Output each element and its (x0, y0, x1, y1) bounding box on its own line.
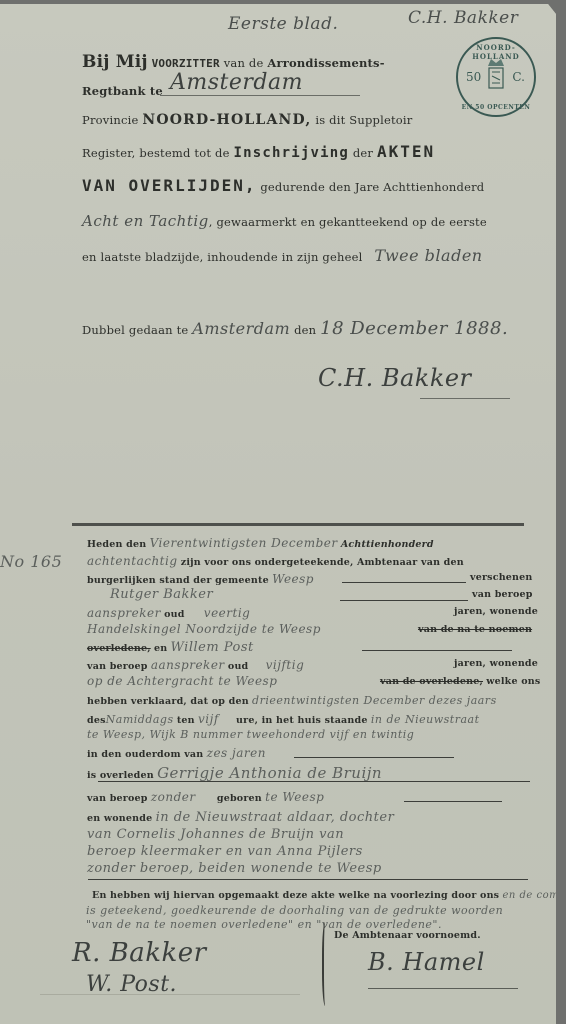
death-hour: vijf (198, 712, 219, 726)
margin-signature-top: C.H. Bakker (408, 8, 518, 28)
van-de: van de (224, 56, 264, 70)
tax-stamp: NOORD-HOLLAND 50 C. EN 50 OPCENTEN (456, 37, 536, 117)
page-count-written: Twee bladen (374, 246, 482, 265)
province-name: NOORD-HOLLAND, (142, 112, 311, 128)
register-text: Register, bestemd tot de (82, 146, 230, 160)
dubbel-line: Dubbel gedaan te Amsterdam den 18 Decemb… (82, 318, 508, 339)
declarant-1-address: Handelskingel Noordzijde te Weesp (87, 622, 321, 636)
header-line-5: VAN OVERLIJDEN, gedurende den Jare Achtt… (82, 176, 484, 195)
closing-text: En hebben wij hiervan opgemaakt deze akt… (92, 890, 499, 901)
geboren: geboren (217, 793, 262, 804)
ouderdom-label: in den ouderdom van (87, 749, 203, 760)
verschenen: verschenen (470, 572, 533, 583)
death-reg-day: Vierentwintigsten December (150, 536, 338, 550)
year-written: Acht en Tachtig (82, 212, 209, 230)
act-line-5: aanspreker oud veertig (87, 606, 250, 620)
act-line-10: hebben verklaard, dat op den drieentwint… (87, 694, 497, 707)
act-line-13: in den ouderdom van zes jaren (87, 746, 266, 760)
document-page: Eerste blad. C.H. Bakker NOORD-HOLLAND 5… (0, 4, 556, 1024)
death-reg-year: achtentachtig (87, 554, 178, 568)
verklaard-text: hebben verklaard, dat op den (87, 696, 249, 707)
closing-hand-2: is geteekend, goedkeurende de doorhaling… (86, 904, 503, 917)
regtbank-place: Amsterdam (170, 70, 303, 95)
declarant-1-name: Rutger Bakker (110, 587, 213, 602)
header-line-6: Acht en Tachtig, gewaarmerkt en gekantte… (82, 212, 487, 230)
struck-van-de-na-te-noemen: van de na te noemen (418, 624, 532, 635)
signature-brace (322, 922, 330, 1006)
struck-van-de-overledene: van de overledene, (380, 676, 483, 687)
en: en (154, 643, 167, 654)
suppletoir: is dit Suppletoir (315, 113, 412, 127)
act-bottom-rule (88, 879, 528, 880)
dubbel-signature: C.H. Bakker (318, 364, 472, 392)
gedurende-text: gedurende den Jare Achttienhonderd (260, 180, 484, 194)
en-wonende: en wonende (87, 813, 152, 824)
gewaarmerkt-text: , gewaarmerkt en gekantteekend op de eer… (209, 215, 487, 229)
section-divider (72, 523, 524, 526)
deceased-residence: in de Nieuwstraat aldaar, dochter (156, 810, 395, 825)
act-line-14: is overleden Gerrigje Anthonia de Bruijn (87, 764, 382, 782)
laatste-bladzijde-text: en laatste bladzijde, inhoudende in zijn… (82, 250, 363, 264)
is-overleden: is overleden (87, 770, 154, 781)
bij-mij: Bij Mij (82, 52, 148, 72)
struck-overledene: overledene, (87, 643, 151, 654)
act-line-15: van beroep zonder geboren te Weesp (87, 790, 324, 804)
header-line-1: Bij Mij VOORZITTER van de Arrondissement… (82, 52, 385, 72)
ten: ten (177, 715, 195, 726)
header-line-4: Register, bestemd tot de Inschrijving de… (82, 142, 435, 161)
mother-line: beroep kleermaker en van Anna Pijlers (87, 844, 363, 859)
closing-line-1: En hebben wij hiervan opgemaakt deze akt… (92, 890, 566, 901)
huis-staande-text: ure, in het huis staande (236, 715, 368, 726)
deceased-occupation: zonder (151, 790, 196, 804)
gemeente-text: burgerlijken stand der gemeente (87, 575, 269, 586)
des: des (87, 715, 106, 726)
declarant-2-address: op de Achtergracht te Weesp (87, 674, 277, 688)
dubbel-place: Amsterdam (192, 319, 290, 338)
declarant-2-age: vijftig (266, 658, 305, 672)
dubbel-label: Dubbel gedaan te (82, 323, 188, 337)
stamp-bottom-text: EN 50 OPCENTEN (458, 104, 534, 111)
achttienhonderd: Achttienhonderd (341, 539, 434, 550)
van-beroep-1: van beroep (472, 589, 533, 600)
act-line-3: burgerlijken stand der gemeente Weesp (87, 572, 314, 586)
death-address-detail: te Weesp, Wijk B nummer tweehonderd vijf… (87, 728, 414, 741)
der: der (353, 146, 373, 160)
act-line-8: van beroep aanspreker oud vijftig (87, 658, 304, 672)
van-beroep-2: van beroep (87, 661, 148, 672)
stamp-value: 50 (466, 70, 481, 84)
municipality: Weesp (272, 572, 314, 586)
death-date: drieentwintigsten December dezes jaars (252, 694, 497, 707)
van-overlijden: VAN OVERLIJDEN, (82, 176, 257, 195)
act-line-9-end: van de overledene, welke ons (380, 676, 540, 687)
closing-hand-1: en de comparanten (502, 890, 566, 901)
act-line-7: overledene, en Willem Post (87, 640, 254, 655)
arrondissements: Arrondissements- (267, 56, 384, 70)
header-line-7: en laatste bladzijde, inhoudende in zijn… (82, 246, 483, 265)
declarant-1-occupation: aanspreker (87, 606, 161, 620)
den-label: den (294, 323, 316, 337)
voorzitter: VOORZITTER (152, 57, 220, 70)
act-line-1: Heden den Vierentwintigsten December Ach… (87, 536, 434, 550)
ambtenaar-text: zijn voor ons ondergeteekende, Ambtenaar… (181, 557, 464, 568)
jaren-wonende-1: jaren, wonende (454, 606, 538, 617)
signature-left-1: R. Bakker (72, 938, 207, 968)
declarant-1-age: veertig (204, 606, 251, 620)
provincie-label: Provincie (82, 113, 138, 127)
ambtenaar-voornoemd: De Ambtenaar voornoemd. (334, 930, 481, 941)
crown-crest-icon (485, 56, 507, 96)
deceased-name: Gerrigje Anthonia de Bruijn (157, 764, 382, 782)
father-line: van Cornelis Johannes de Bruijn van (87, 827, 344, 842)
birthplace: te Weesp (265, 790, 324, 804)
regtbank-label: Regtbank te (82, 84, 163, 98)
welke-ons: welke ons (486, 676, 540, 687)
akten: AKTEN (377, 142, 435, 161)
signature-official: B. Hamel (368, 948, 485, 976)
time-of-day: Namiddags (106, 713, 174, 726)
oud-1: oud (164, 609, 185, 620)
declarant-2-occupation: aanspreker (151, 658, 225, 672)
van-beroep-3: van beroep (87, 793, 148, 804)
heden-den: Heden den (87, 539, 146, 550)
act-line-2: achtentachtig zijn voor ons ondergeteeke… (87, 554, 464, 568)
act-line-16: en wonende in de Nieuwstraat aldaar, doc… (87, 810, 394, 825)
header-line-3: Provincie NOORD-HOLLAND, is dit Suppleto… (82, 112, 412, 128)
deceased-age: zes jaren (207, 746, 266, 760)
act-number: No 165 (0, 552, 62, 571)
jaren-wonende-2: jaren, wonende (454, 658, 538, 669)
margin-note-first-sheet: Eerste blad. (228, 14, 338, 34)
death-street: in de Nieuwstraat (371, 713, 480, 726)
declarant-2-name: Willem Post (171, 640, 254, 655)
dubbel-date: 18 December 1888. (320, 318, 508, 339)
inschrijving: Inschrijving (233, 145, 349, 161)
stamp-unit: C. (512, 70, 525, 84)
oud-2: oud (228, 661, 249, 672)
act-line-11: desNamiddags ten vijf ure, in het huis s… (87, 712, 480, 726)
